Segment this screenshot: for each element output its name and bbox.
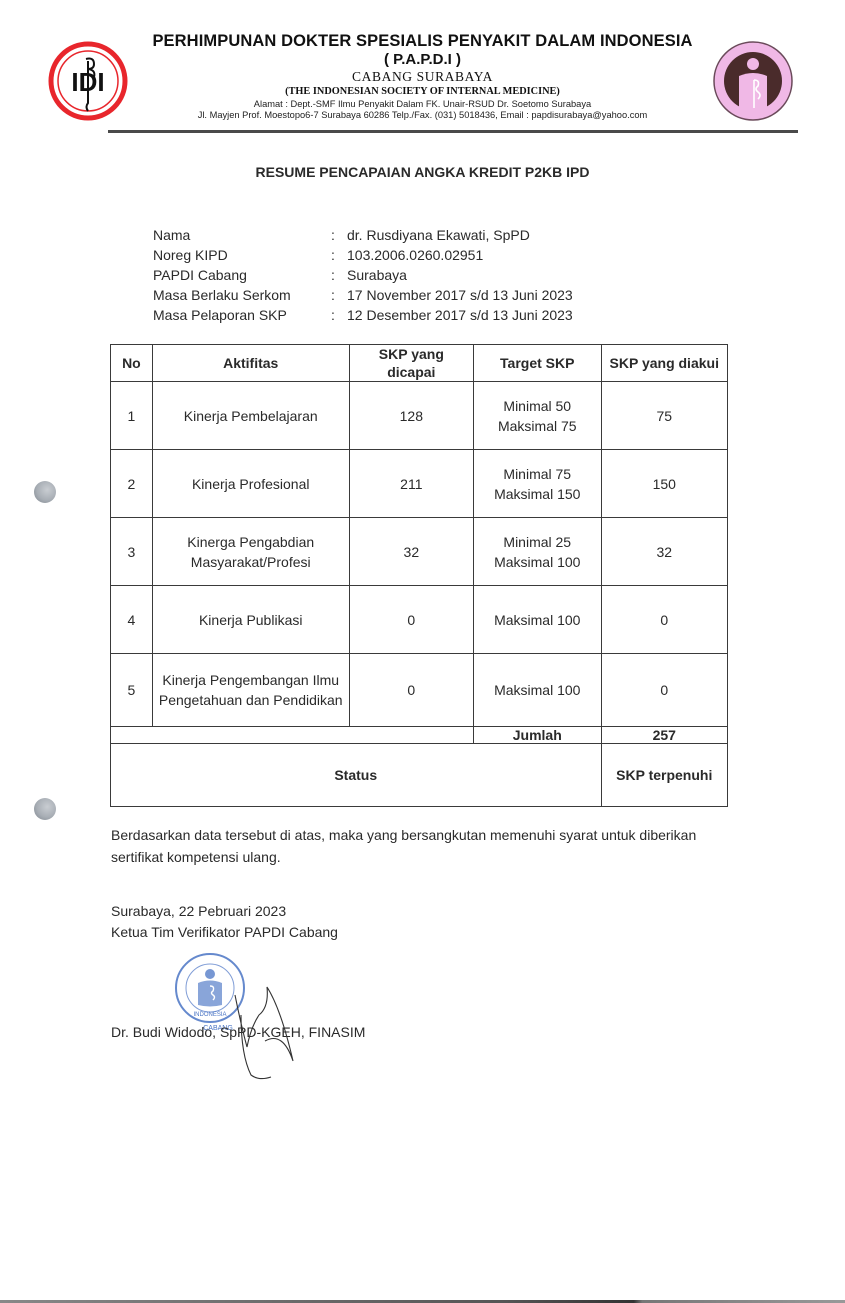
branch-name: CABANG SURABAYA [0,69,845,85]
english-name: (THE INDONESIAN SOCIETY OF INTERNAL MEDI… [0,86,845,97]
cell-activity: Kinerja Profesional [152,450,349,518]
cell-achieved: 32 [349,518,473,586]
cell-recognized: 0 [601,586,728,654]
info-colon: : [331,265,347,285]
cell-achieved: 0 [349,586,473,654]
table-row: 2 Kinerja Profesional 211 Minimal 75Maks… [111,450,728,518]
target-min: Minimal 75 [478,464,596,484]
cell-no: 3 [111,518,153,586]
target-max: Maksimal 150 [478,484,596,504]
info-row-branch: PAPDI Cabang : Surabaya [153,265,573,285]
status-value: SKP terpenuhi [601,744,728,807]
cell-recognized: 75 [601,382,728,450]
cell-activity: Kinerja Publikasi [152,586,349,654]
letterhead-divider [108,130,798,133]
table-row: 5 Kinerja Pengembangan Ilmu Pengetahuan … [111,654,728,727]
header-activity: Aktifitas [152,345,349,382]
cell-achieved: 0 [349,654,473,727]
info-value: 12 Desember 2017 s/d 13 Juni 2023 [347,305,573,325]
info-value: Surabaya [347,265,407,285]
cell-target: Minimal 75Maksimal 150 [474,450,601,518]
cell-no: 4 [111,586,153,654]
punch-hole [34,798,56,820]
organization-name: PERHIMPUNAN DOKTER SPESIALIS PENYAKIT DA… [0,32,845,51]
table-row: 4 Kinerja Publikasi 0 Maksimal 100 0 [111,586,728,654]
handwritten-signature [225,945,305,1085]
info-label: PAPDI Cabang [153,265,331,285]
header-target: Target SKP [474,345,601,382]
cell-no: 2 [111,450,153,518]
info-colon: : [331,245,347,265]
info-label: Noreg KIPD [153,245,331,265]
cell-activity: Kinerga Pengabdian Masyarakat/Profesi [152,518,349,586]
info-value: 103.2006.0260.02951 [347,245,483,265]
info-label: Masa Berlaku Serkom [153,285,331,305]
cell-target: Minimal 25Maksimal 100 [474,518,601,586]
cell-no: 1 [111,382,153,450]
punch-hole [34,481,56,503]
signer-position: Ketua Tim Verifikator PAPDI Cabang [111,922,338,943]
svg-text:INDONESIA: INDONESIA [193,1012,226,1018]
organization-abbreviation: ( P.A.P.D.I ) [0,51,845,68]
signature-header: Surabaya, 22 Pebruari 2023 Ketua Tim Ver… [111,901,338,943]
table-row: 3 Kinerga Pengabdian Masyarakat/Profesi … [111,518,728,586]
target-max: Maksimal 100 [478,680,596,700]
cell-target: Maksimal 100 [474,586,601,654]
total-value: 257 [601,727,728,744]
info-colon: : [331,305,347,325]
info-value: 17 November 2017 s/d 13 Juni 2023 [347,285,573,305]
header-no: No [111,345,153,382]
cell-target: Minimal 50Maksimal 75 [474,382,601,450]
info-colon: : [331,225,347,245]
cell-achieved: 211 [349,450,473,518]
target-max: Maksimal 100 [478,552,596,572]
info-label: Nama [153,225,331,245]
info-row-name: Nama : dr. Rusdiyana Ekawati, SpPD [153,225,573,245]
table-status-row: Status SKP terpenuhi [111,744,728,807]
header-recognized: SKP yang diakui [601,345,728,382]
member-info: Nama : dr. Rusdiyana Ekawati, SpPD Noreg… [153,225,573,325]
target-max: Maksimal 75 [478,416,596,436]
total-label: Jumlah [474,727,601,744]
target-max: Maksimal 100 [478,610,596,630]
cell-achieved: 128 [349,382,473,450]
info-label: Masa Pelaporan SKP [153,305,331,325]
cell-recognized: 150 [601,450,728,518]
header-achieved: SKP yang dicapai [349,345,473,382]
table-header-row: No Aktifitas SKP yang dicapai Target SKP… [111,345,728,382]
conclusion-text: Berdasarkan data tersebut di atas, maka … [111,824,751,868]
place-date: Surabaya, 22 Pebruari 2023 [111,901,338,922]
table-row: 1 Kinerja Pembelajaran 128 Minimal 50Mak… [111,382,728,450]
table-total-row: Jumlah 257 [111,727,728,744]
skp-table: No Aktifitas SKP yang dicapai Target SKP… [110,344,728,807]
address-line-1: Alamat : Dept.-SMF Ilmu Penyakit Dalam F… [0,99,845,109]
cell-target: Maksimal 100 [474,654,601,727]
total-spacer [111,727,474,744]
cell-no: 5 [111,654,153,727]
info-value: dr. Rusdiyana Ekawati, SpPD [347,225,530,245]
target-min: Minimal 25 [478,532,596,552]
info-row-noreg: Noreg KIPD : 103.2006.0260.02951 [153,245,573,265]
info-row-serkom-period: Masa Berlaku Serkom : 17 November 2017 s… [153,285,573,305]
cell-activity: Kinerja Pengembangan Ilmu Pengetahuan da… [152,654,349,727]
document-title: RESUME PENCAPAIAN ANGKA KREDIT P2KB IPD [0,164,845,180]
info-row-skp-period: Masa Pelaporan SKP : 12 Desember 2017 s/… [153,305,573,325]
cell-recognized: 0 [601,654,728,727]
cell-activity: Kinerja Pembelajaran [152,382,349,450]
target-min: Minimal 50 [478,396,596,416]
cell-recognized: 32 [601,518,728,586]
status-label: Status [111,744,602,807]
info-colon: : [331,285,347,305]
address-line-2: Jl. Mayjen Prof. Moestopo6-7 Surabaya 60… [0,110,845,120]
